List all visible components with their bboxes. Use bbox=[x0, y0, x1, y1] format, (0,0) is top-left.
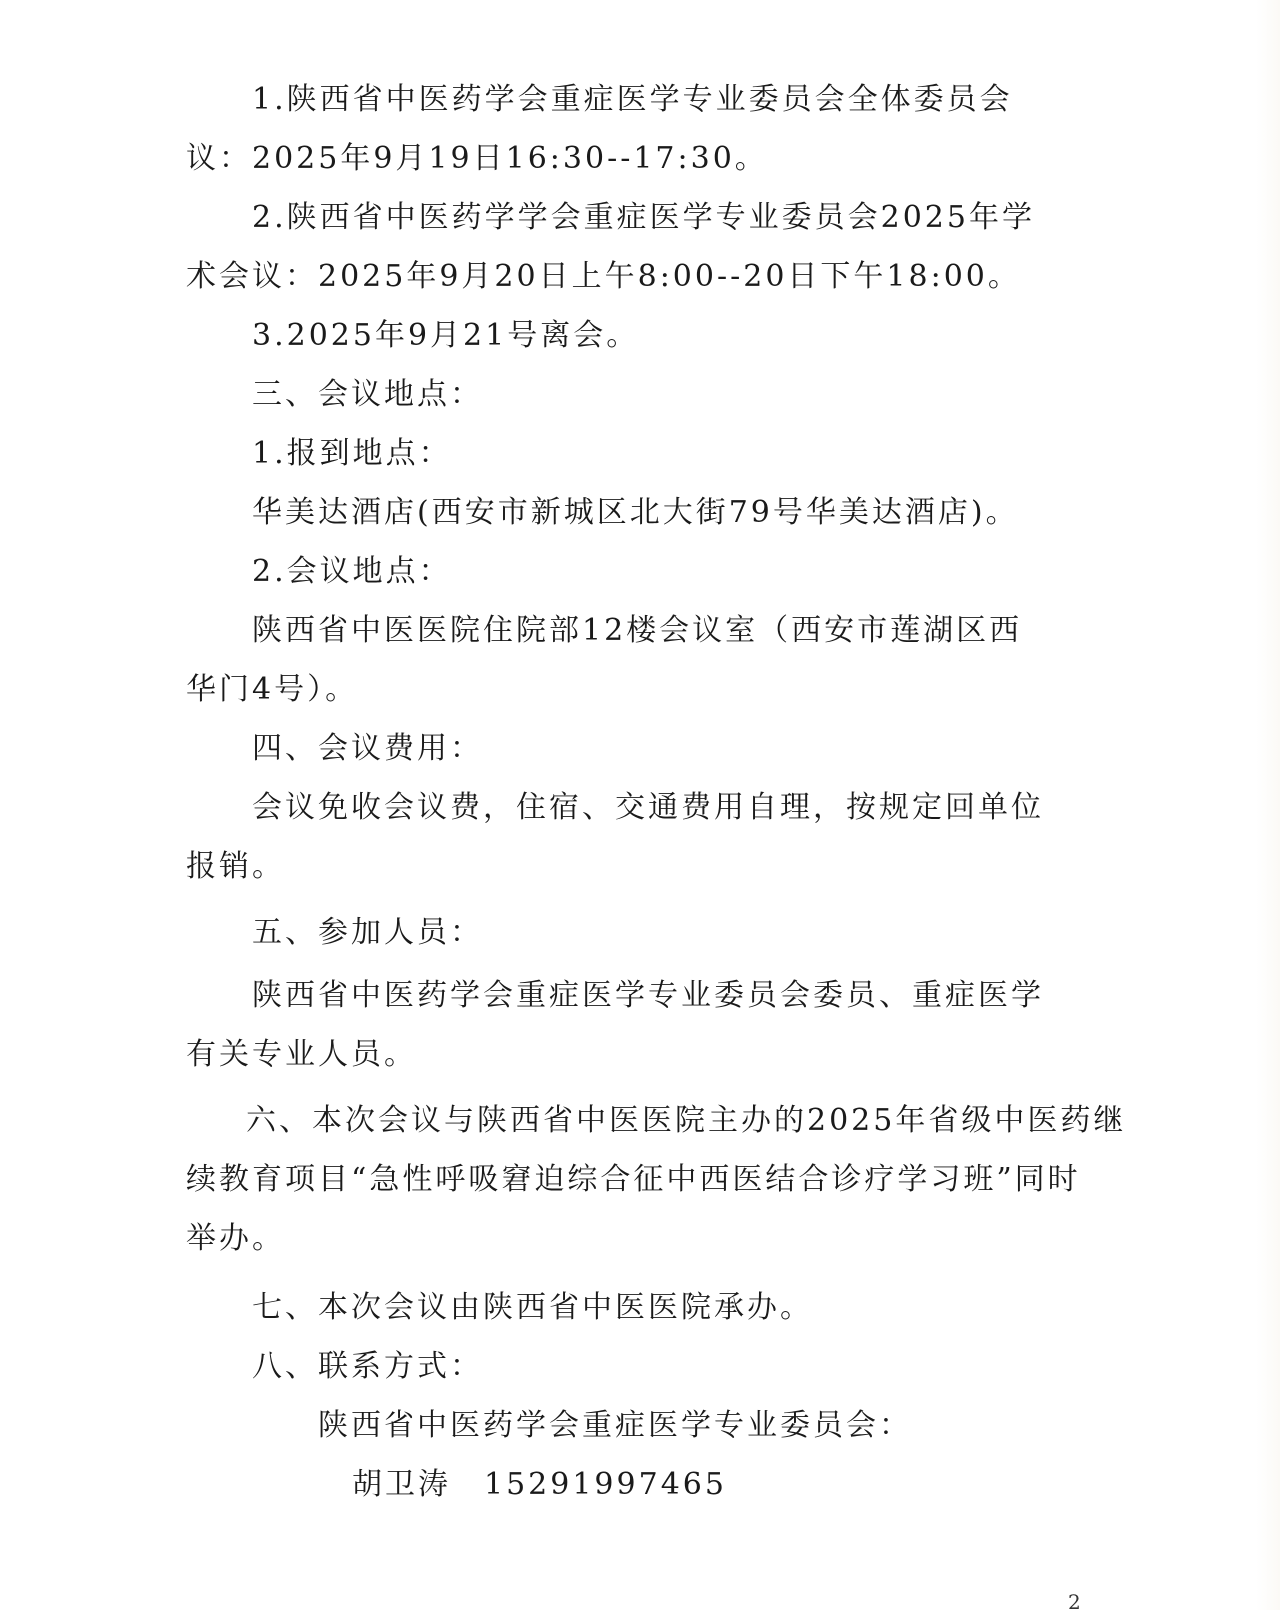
participants-text: 陕西省中医药学会重症医学专业委员会委员、重症医学 bbox=[252, 976, 1044, 1016]
line-meeting-2: 2.陕西省中医药学学会重症医学专业委员会2025年学 bbox=[252, 198, 1035, 238]
line-meeting-1-time: 议：2025年9月19日16:30--17:30。 bbox=[186, 139, 768, 179]
section-six-text-end: 举办。 bbox=[186, 1219, 285, 1259]
heading-participants: 五、参加人员： bbox=[252, 913, 483, 953]
contact-organization: 陕西省中医药学会重症医学专业委员会： bbox=[318, 1406, 912, 1446]
line-departure: 3.2025年9月21号离会。 bbox=[252, 316, 639, 356]
meeting-venue-address-cont: 华门4号）。 bbox=[186, 670, 358, 710]
section-six-text-cont: 续教育项目“急性呼吸窘迫综合征中西医结合诊疗学习班”同时 bbox=[186, 1160, 1081, 1200]
heading-venue: 三、会议地点： bbox=[252, 375, 483, 415]
page-number: 2 bbox=[1068, 1592, 1081, 1610]
section-seven-text: 七、本次会议由陕西省中医医院承办。 bbox=[252, 1288, 813, 1328]
checkin-venue-address: 华美达酒店(西安市新城区北大街79号华美达酒店)。 bbox=[252, 493, 1019, 533]
subheading-checkin-venue: 1.报到地点： bbox=[252, 434, 452, 474]
heading-contact: 八、联系方式： bbox=[252, 1347, 483, 1387]
subheading-meeting-venue: 2.会议地点： bbox=[252, 552, 452, 592]
meeting-venue-address: 陕西省中医医院住院部12楼会议室（西安市莲湖区西 bbox=[252, 611, 1022, 651]
contact-person-phone: 胡卫涛 15291997465 bbox=[352, 1465, 727, 1505]
heading-fees: 四、会议费用： bbox=[252, 729, 483, 769]
participants-text-cont: 有关专业人员。 bbox=[186, 1035, 417, 1075]
line-meeting-2-time: 术会议：2025年9月20日上午8:00--20日下午18:00。 bbox=[186, 257, 1021, 297]
section-six-text: 六、本次会议与陕西省中医医院主办的2025年省级中医药继 bbox=[246, 1101, 1126, 1141]
fees-text-cont: 报销。 bbox=[186, 847, 285, 887]
document-page: 1.陕西省中医药学会重症医学专业委员会全体委员会 议：2025年9月19日16:… bbox=[0, 0, 1280, 1610]
fees-text: 会议免收会议费，住宿、交通费用自理，按规定回单位 bbox=[252, 788, 1044, 828]
page-edge-shadow bbox=[1256, 0, 1280, 1610]
line-meeting-1: 1.陕西省中医药学会重症医学专业委员会全体委员会 bbox=[252, 80, 1013, 120]
